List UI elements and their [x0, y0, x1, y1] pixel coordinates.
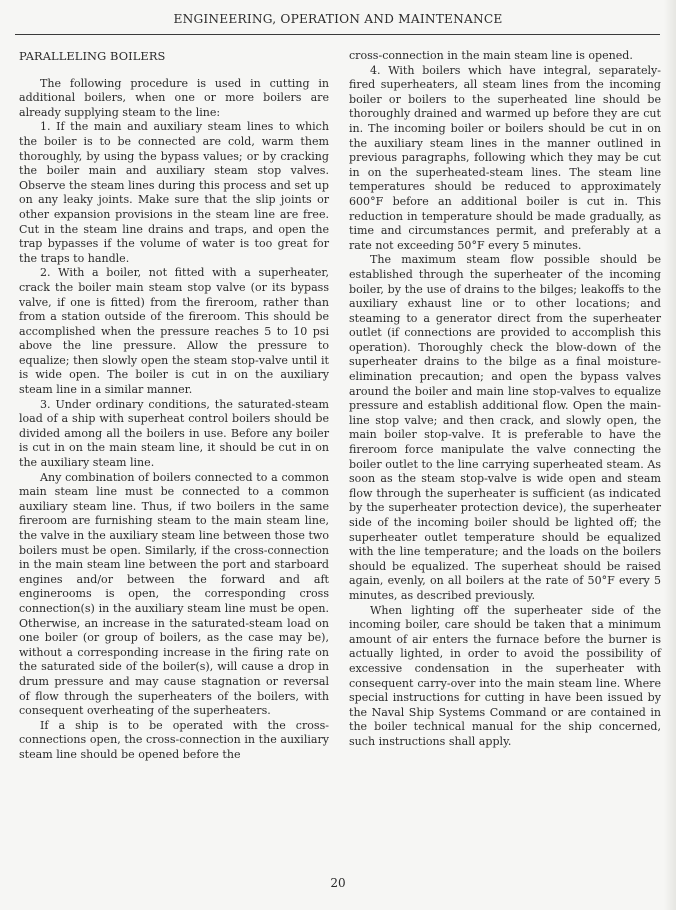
paragraph-step-2: 2. With a boiler, not fitted with a supe… [19, 266, 329, 397]
paragraph-cross-connections: If a ship is to be operated with the cro… [19, 719, 329, 763]
running-head: ENGINEERING, OPERATION AND MAINTENANCE [18, 12, 658, 26]
right-column: cross-connection in the main steam line … [349, 49, 661, 750]
paragraph-intro: The following procedure is used in cutti… [19, 77, 329, 121]
page-number: 20 [0, 876, 676, 890]
paragraph-step-4: 4. With boilers which have integral, sep… [349, 64, 661, 254]
header-rule [15, 34, 660, 35]
paragraph-step-3: 3. Under ordinary conditions, the satura… [19, 398, 329, 471]
paragraph-continuation: cross-connection in the main steam line … [349, 49, 661, 64]
left-column: PARALLELING BOILERS The following proced… [19, 49, 329, 763]
paragraph-lighting-off: When lighting off the superheater side o… [349, 604, 661, 750]
paragraph-step-1: 1. If the main and auxiliary steam lines… [19, 120, 329, 266]
paragraph-max-steam-flow: The maximum steam flow possible should b… [349, 253, 661, 603]
page-edge-shadow [664, 0, 676, 910]
paragraph-combination: Any combination of boilers connected to … [19, 471, 329, 719]
section-title: PARALLELING BOILERS [19, 49, 329, 64]
